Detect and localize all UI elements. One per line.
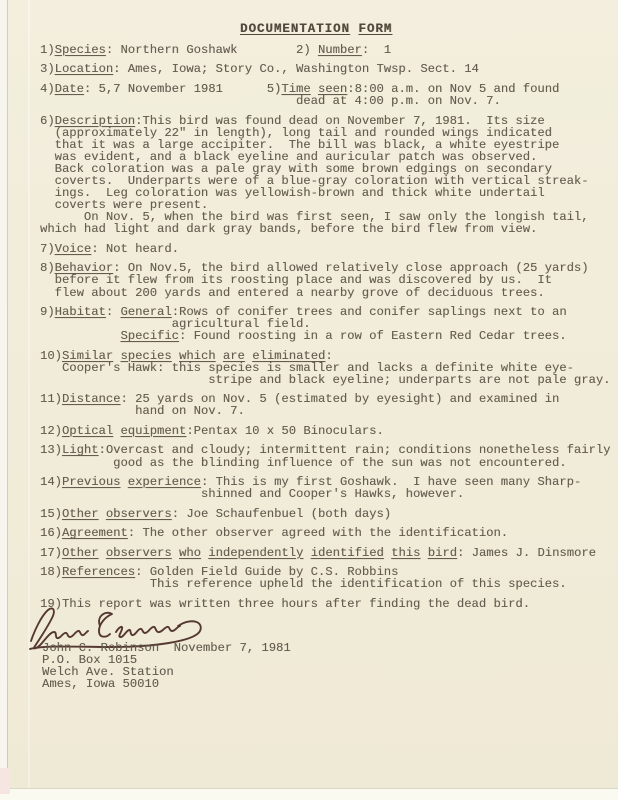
text-segment: DOCUMENTATION: [240, 22, 350, 36]
text-segment: Specific: [120, 329, 179, 343]
form-line: 7)Voice: Not heard.: [40, 243, 618, 255]
form-line: This reference upheld the identification…: [40, 578, 618, 590]
form-item: 16)Agreement: The other observer agreed …: [40, 527, 618, 539]
form-item: 13)Light:Overcast and cloudy; intermitte…: [40, 444, 618, 468]
text-segment: independently: [208, 546, 303, 560]
text-segment: 12): [40, 424, 62, 438]
paper-edge-line: [7, 0, 8, 800]
text-segment: This reference upheld the identification…: [40, 577, 567, 591]
form-line: 1)Species: Northern Goshawk 2) Number: 1: [40, 44, 618, 56]
text-segment: who: [179, 546, 201, 560]
form-line: 17)Other observers who independently ide…: [40, 547, 618, 559]
form-item: 8)Behavior: On Nov.5, the bird allowed r…: [40, 262, 618, 298]
text-segment: : Northern Goshawk 2): [106, 43, 318, 57]
text-segment: [172, 546, 179, 560]
text-segment: 16): [40, 526, 62, 540]
form-line: which had light and dark gray bands, bef…: [40, 223, 618, 235]
text-segment: good as the blinding influence of the su…: [40, 456, 567, 470]
text-segment: identified: [311, 546, 384, 560]
form-item: 9)Habitat: General:Rows of conifer trees…: [40, 306, 618, 342]
form-item: 15)Other observers: Joe Schaufenbuel (bo…: [40, 508, 618, 520]
form-line: shinned and Cooper's Hawks, however.: [40, 488, 618, 500]
text-segment: Optical: [62, 424, 113, 438]
text-segment: stripe and black eyeline; underparts are…: [40, 373, 610, 387]
text-segment: [99, 546, 106, 560]
text-segment: : Not heard.: [91, 242, 179, 256]
text-segment: [420, 546, 427, 560]
text-segment: dead at 4:00 p.m. on Nov. 7.: [40, 94, 501, 108]
form-item: 4)Date: 5,7 November 1981 5)Time seen:8:…: [40, 83, 618, 107]
text-segment: : James J. Dinsmore: [457, 546, 596, 560]
form-item: 12)Optical equipment:Pentax 10 x 50 Bino…: [40, 425, 618, 437]
text-segment: [99, 507, 106, 521]
form-item: 6)Description:This bird was found dead o…: [40, 115, 618, 236]
form-item: 7)Voice: Not heard.: [40, 243, 618, 255]
form-line: good as the blinding influence of the su…: [40, 457, 618, 469]
text-segment: hand on Nov. 7.: [40, 404, 245, 418]
form-item: 10)Similar species which are eliminated:…: [40, 350, 618, 386]
form-item: 18)References: Golden Field Guide by C.S…: [40, 566, 618, 590]
text-segment: shinned and Cooper's Hawks, however.: [40, 487, 464, 501]
text-segment: Other: [62, 546, 99, 560]
text-segment: observers: [106, 507, 172, 521]
text-segment: Other: [62, 507, 99, 521]
form-item: 11)Distance: 25 yards on Nov. 5 (estimat…: [40, 393, 618, 417]
form-line: 3)Location: Ames, Iowa; Story Co., Washi…: [40, 63, 618, 75]
text-segment: which had light and dark gray bands, bef…: [40, 222, 537, 236]
text-segment: Ames, Iowa 50010: [42, 677, 159, 691]
text-segment: 1): [40, 43, 55, 57]
form-item: 1)Species: Northern Goshawk 2) Number: 1: [40, 44, 618, 56]
form-line: hand on Nov. 7.: [40, 405, 618, 417]
text-segment: Agreement: [62, 526, 128, 540]
text-segment: Species: [55, 43, 106, 57]
paper-crease: [28, 0, 30, 800]
page-title: DOCUMENTATION FORM: [240, 22, 392, 36]
document-body: 1)Species: Northern Goshawk 2) Number: 1…: [40, 44, 618, 617]
form-item: 3)Location: Ames, Iowa; Story Co., Washi…: [40, 63, 618, 75]
form-line: Ames, Iowa 50010: [42, 678, 291, 690]
text-segment: 7): [40, 242, 55, 256]
scanner-strip-bottom: [0, 788, 618, 800]
text-segment: Number: [318, 43, 362, 57]
text-segment: [40, 329, 120, 343]
text-segment: : Found roosting in a row of Eastern Red…: [179, 329, 567, 343]
text-segment: 17): [40, 546, 62, 560]
form-line: flew about 200 yards and entered a nearb…: [40, 287, 618, 299]
form-line: stripe and black eyeline; underparts are…: [40, 374, 618, 386]
text-segment: :Pentax 10 x 50 Binoculars.: [186, 424, 383, 438]
text-segment: bird: [428, 546, 457, 560]
form-item: 14)Previous experience: This is my first…: [40, 476, 618, 500]
signer-address-block: John C. Robinson November 7, 1981P.O. Bo…: [42, 642, 291, 690]
text-segment: 3): [40, 62, 55, 76]
scanner-corner-mark: [0, 768, 10, 794]
text-segment: : Ames, Iowa; Story Co., Washington Twsp…: [113, 62, 479, 76]
text-segment: : The other observer agreed with the ide…: [128, 526, 508, 540]
text-segment: Location: [55, 62, 114, 76]
text-segment: FORM: [358, 22, 392, 36]
text-segment: flew about 200 yards and entered a nearb…: [40, 286, 545, 300]
text-segment: equipment: [120, 424, 186, 438]
form-line: Specific: Found roosting in a row of Eas…: [40, 330, 618, 342]
text-segment: : 1: [362, 43, 391, 57]
text-segment: this: [391, 546, 420, 560]
form-item: 17)Other observers who independently ide…: [40, 547, 618, 559]
form-line: dead at 4:00 p.m. on Nov. 7.: [40, 95, 618, 107]
text-segment: : Joe Schaufenbuel (both days): [172, 507, 391, 521]
text-segment: Voice: [55, 242, 92, 256]
text-segment: [303, 546, 310, 560]
scanner-edge-left: [0, 0, 7, 800]
text-segment: observers: [106, 546, 172, 560]
form-line: 12)Optical equipment:Pentax 10 x 50 Bino…: [40, 425, 618, 437]
scanned-document-page: DOCUMENTATION FORM 1)Species: Northern G…: [0, 0, 618, 800]
form-line: 16)Agreement: The other observer agreed …: [40, 527, 618, 539]
form-line: 15)Other observers: Joe Schaufenbuel (bo…: [40, 508, 618, 520]
text-segment: 15): [40, 507, 62, 521]
